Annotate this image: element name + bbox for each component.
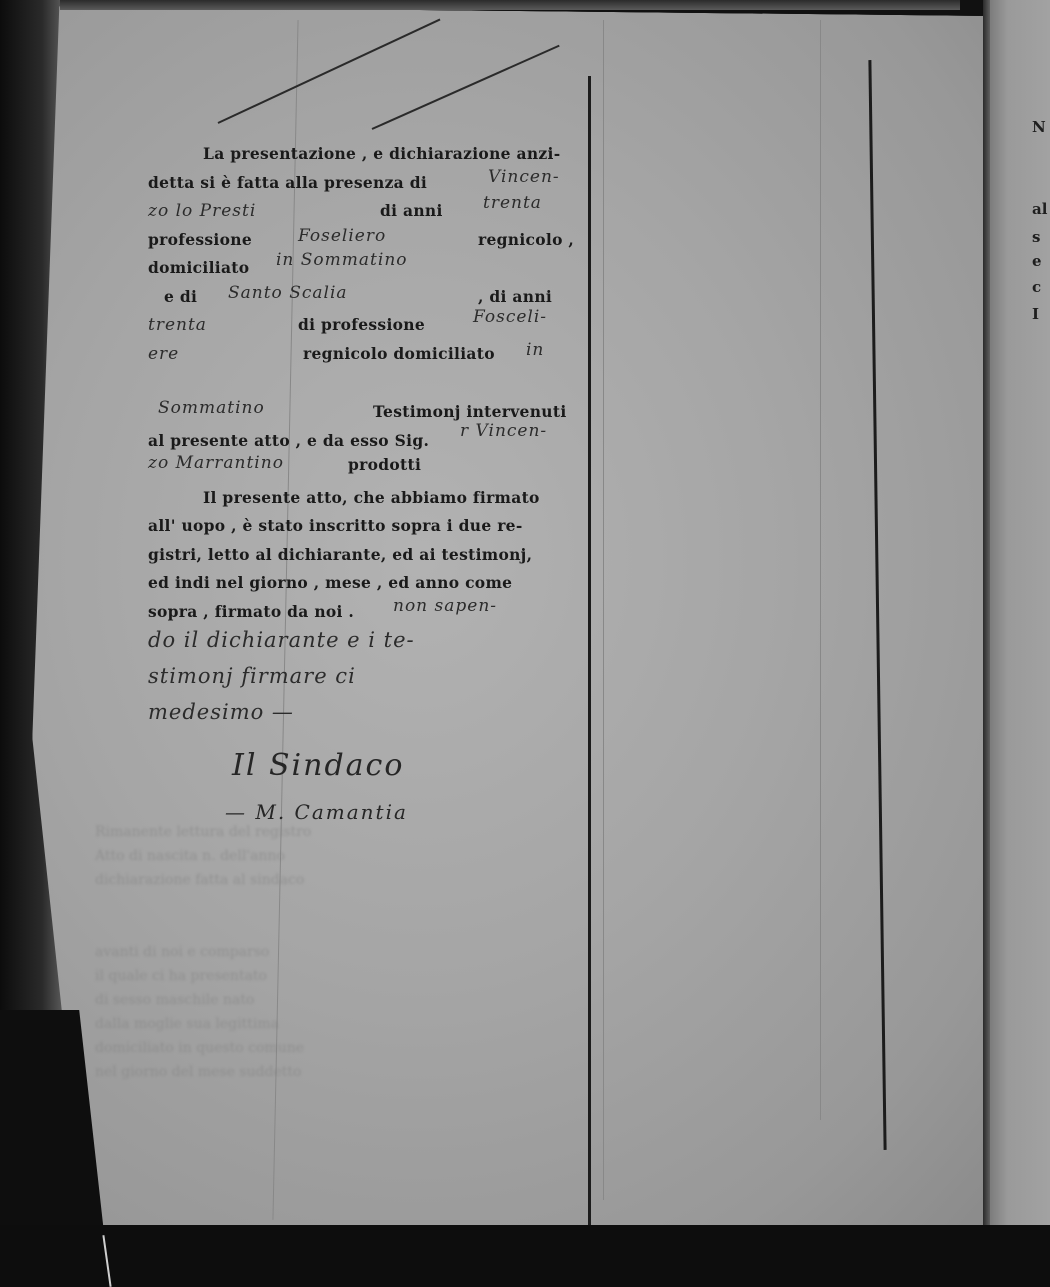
printed-text: Il presente atto, che abbiamo firmato (203, 488, 540, 507)
printed-text: al presente atto , e da esso Sig. (148, 431, 429, 450)
handwritten-entry: in Sommatino (276, 246, 408, 275)
printed-text: e di (164, 287, 197, 306)
handwritten-entry: Fosceli- (473, 303, 547, 332)
handwritten-entry: Vincen- (488, 163, 560, 192)
handwritten-entry: trenta (148, 315, 207, 335)
handwritten-note: stimonj firmare ci (148, 664, 356, 688)
adjacent-page-fragment: s (1032, 228, 1040, 246)
handwritten-entry: in (526, 336, 544, 365)
handwritten-entry: ere (148, 344, 179, 364)
handwritten-note: do il dichiarante e i te- (148, 628, 415, 652)
printed-text: di professione (298, 311, 425, 340)
signature-title: Il Sindaco (232, 748, 404, 783)
handwritten-note: non sapen- (393, 592, 497, 621)
printed-text: gistri, letto al dichiarante, ed ai test… (148, 545, 532, 564)
printed-text: domiciliato (148, 258, 249, 277)
handwritten-entry: zo Marrantino (148, 453, 284, 473)
adjacent-page-fragment: N (1032, 118, 1046, 136)
page-top-edge (60, 0, 960, 10)
adjacent-page-fragment: e (1032, 252, 1042, 270)
handwritten-entry: Sommatino (158, 398, 265, 418)
printed-text: ed indi nel giorno , mese , ed anno come (148, 573, 512, 592)
printed-text: all' uopo , è stato inscritto sopra i du… (148, 516, 523, 535)
handwritten-entry: trenta (483, 189, 542, 218)
faint-rule (820, 20, 821, 1120)
printed-text: detta si è fatta alla presenza di (148, 173, 427, 192)
printed-text: prodotti (348, 451, 421, 480)
adjacent-page-fragment: c (1032, 278, 1041, 296)
printed-text: La presentazione , e dichiarazione anzi- (203, 144, 560, 163)
handwritten-note: medesimo — (148, 700, 294, 724)
adjacent-page (990, 0, 1050, 1225)
adjacent-page-fragment: al (1032, 200, 1047, 218)
printed-text: sopra , firmato da noi . (148, 602, 354, 621)
bottom-shadow (0, 1225, 1050, 1287)
record-text-block: La presentazione , e dichiarazione anzi-… (148, 140, 583, 734)
printed-text: regnicolo , (478, 226, 574, 255)
printed-text: professione (148, 230, 252, 249)
adjacent-page-fragment: I (1032, 305, 1039, 323)
handwritten-entry: zo lo Presti (148, 201, 256, 221)
bleed-through-text: Rimanente lettura del registro Atto di n… (95, 820, 615, 1084)
printed-text: di anni (380, 197, 443, 226)
handwritten-entry: r Vincen- (460, 417, 547, 446)
printed-text: regnicolo domiciliato (303, 340, 495, 369)
handwritten-entry: Santo Scalia (228, 279, 348, 308)
